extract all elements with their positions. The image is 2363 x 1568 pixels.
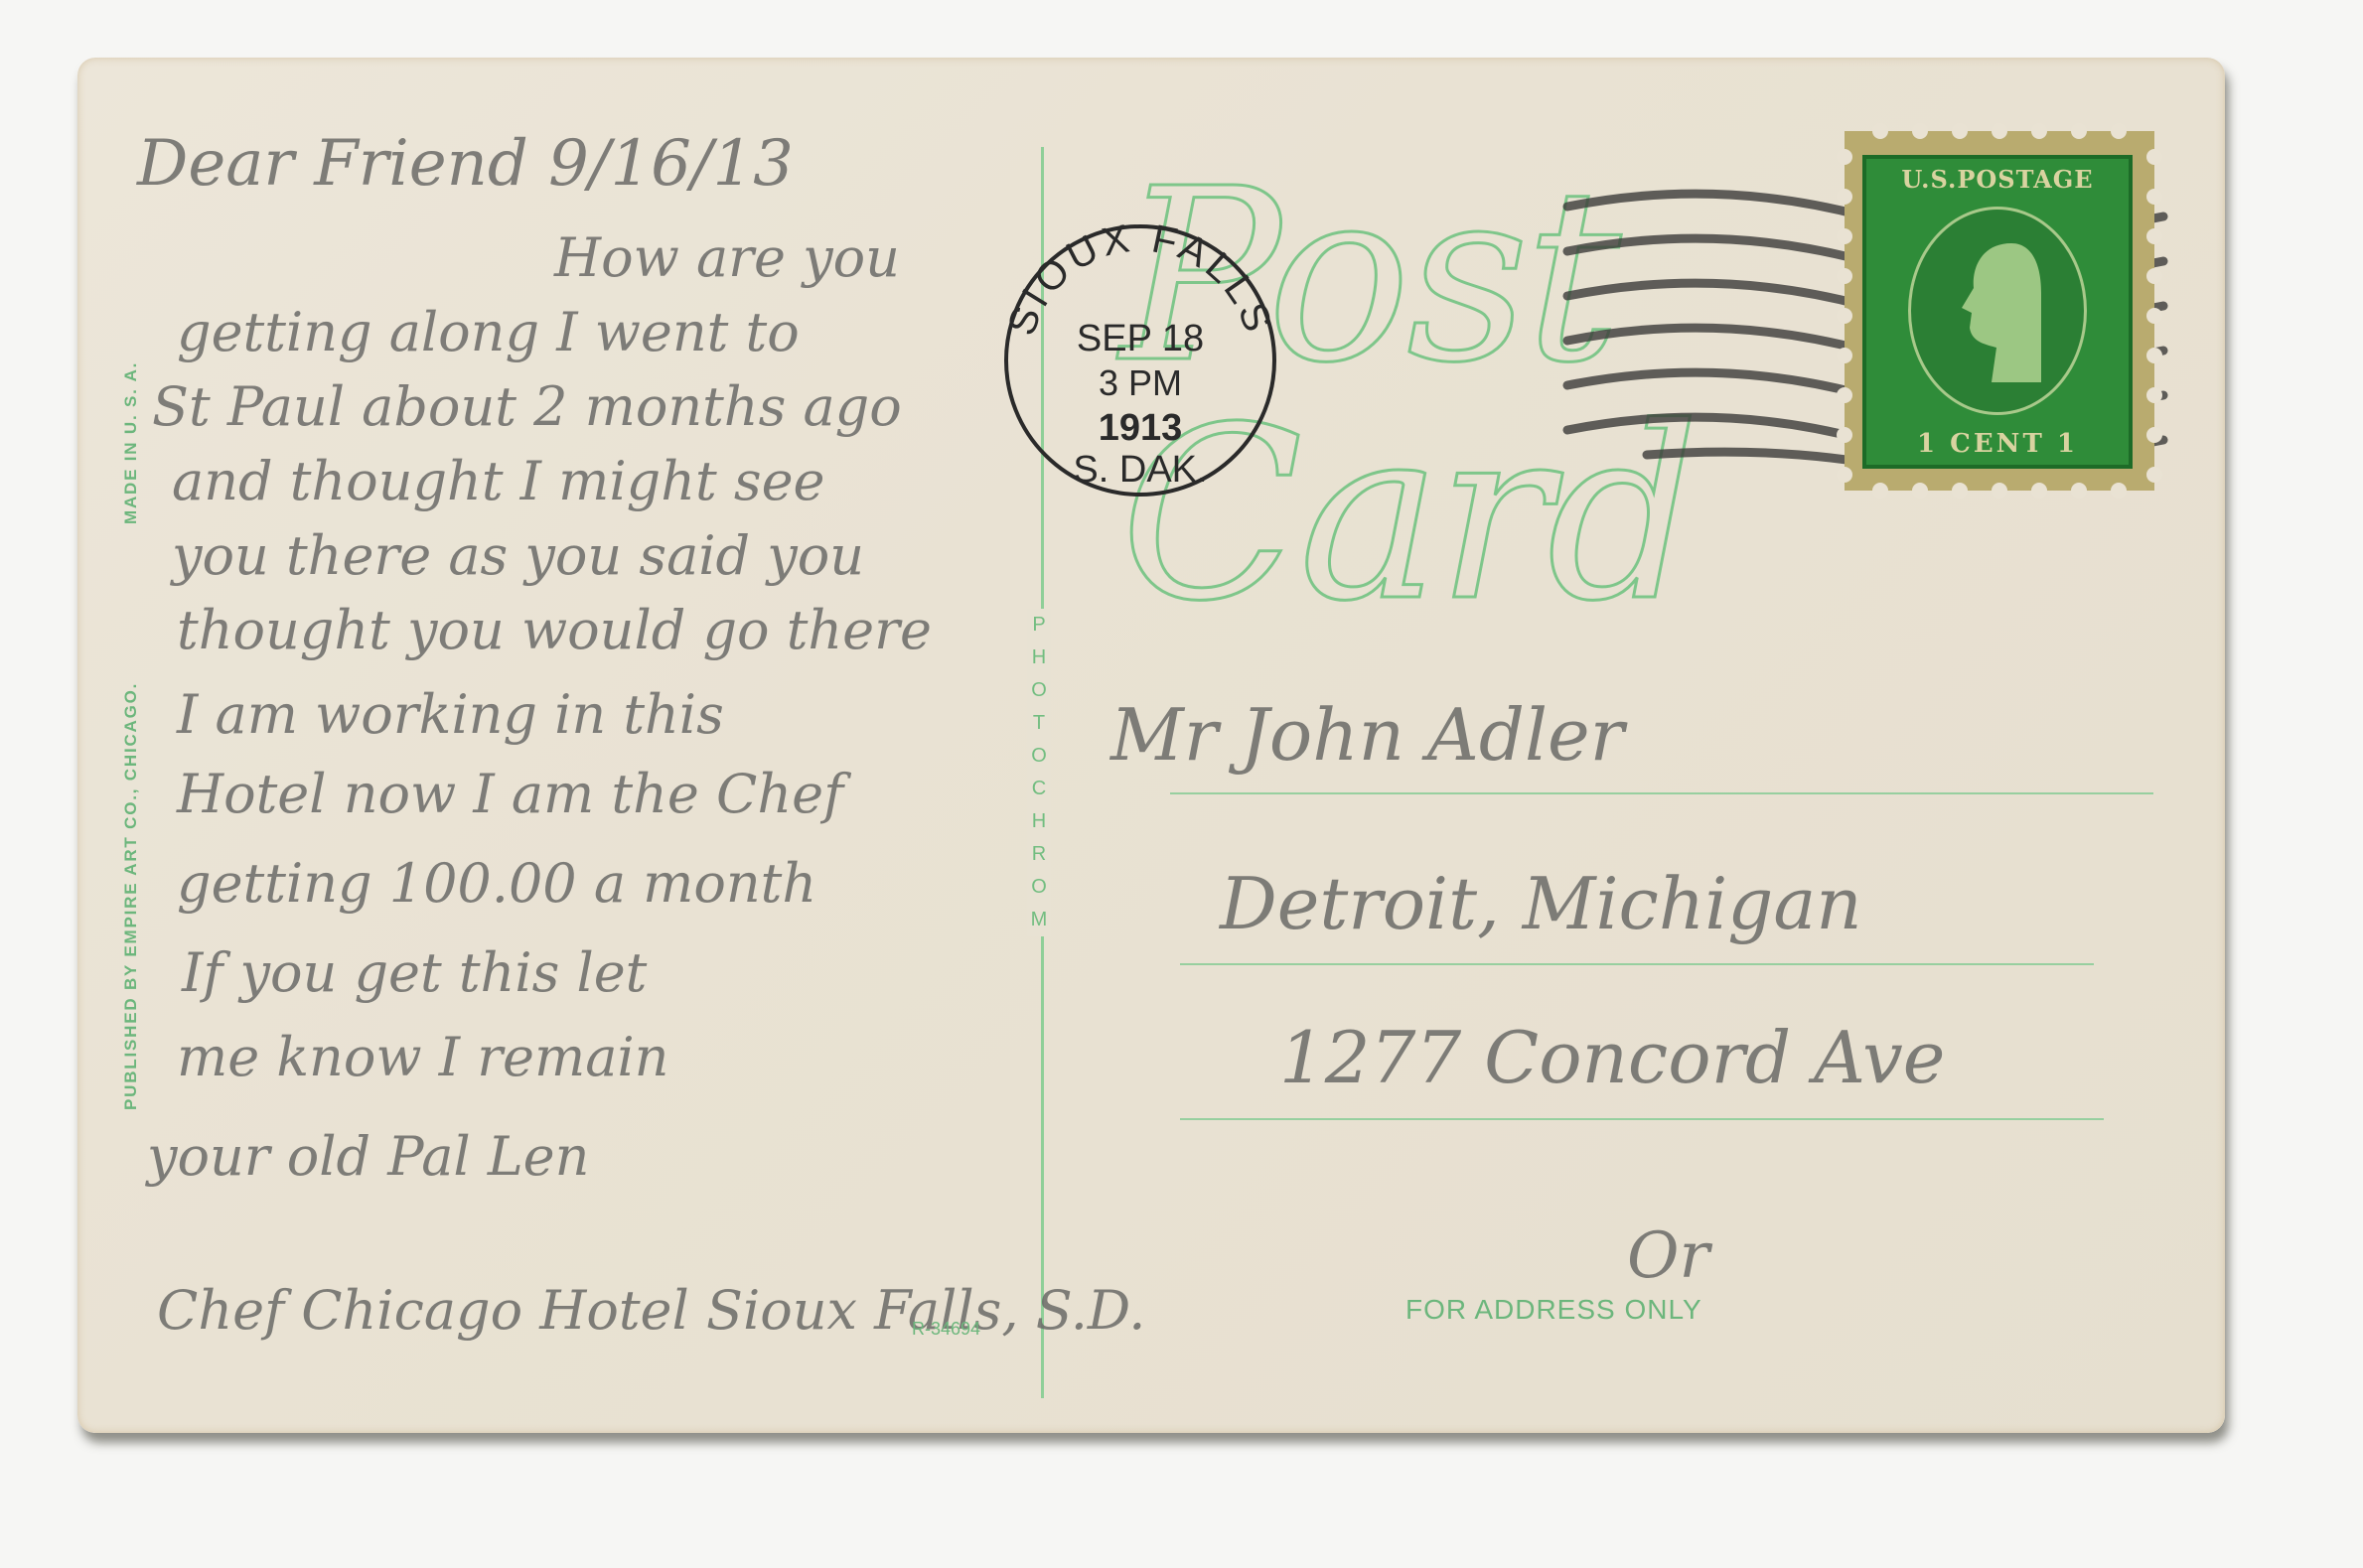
message-line: and thought I might see (172, 450, 825, 512)
svg-text:S. DAK.: S. DAK. (1073, 449, 1207, 491)
message-line: If you get this let (182, 941, 647, 1004)
message-line: Chef Chicago Hotel Sioux Falls, S.D. (157, 1279, 1145, 1342)
postcard: PUBLISHED BY EMPIRE ART CO., CHICAGO. MA… (77, 58, 2225, 1433)
svg-text:1913: 1913 (1099, 407, 1183, 449)
address-rule (1180, 1118, 2104, 1120)
photochrom-text: PHOTOCHROM (1031, 614, 1048, 930)
message-line: St Paul about 2 months ago (152, 375, 902, 438)
message-line: thought you would go there (177, 599, 932, 661)
svg-text:SEP 18: SEP 18 (1077, 318, 1204, 359)
for-address-only-caption: FOR ADDRESS ONLY (1405, 1294, 1702, 1326)
postage-stamp: U.S.POSTAGE 1 CENT 1 (1831, 117, 2168, 504)
stamp-frame: U.S.POSTAGE 1 CENT 1 (1862, 155, 2133, 469)
address-rule (1170, 792, 2153, 794)
message-line: How are you (554, 226, 900, 289)
message-line: getting along I went to (177, 301, 800, 363)
publisher-line: PUBLISHED BY EMPIRE ART CO., CHICAGO. (121, 682, 141, 1110)
message-line: I am working in this (177, 683, 724, 746)
message-line: Hotel now I am the Chef (177, 763, 843, 825)
postmark: SIOUX FALLS SEP 18 3 PM 1913 S. DAK. (991, 212, 1289, 509)
made-in-line: MADE IN U. S. A. (121, 361, 141, 524)
svg-text:3 PM: 3 PM (1099, 362, 1182, 403)
address-notation: Or (1627, 1219, 1709, 1293)
message-line: getting 100.00 a month (177, 852, 816, 915)
message-line: your old Pal Len (147, 1125, 589, 1188)
stamp-top-text: U.S.POSTAGE (1866, 165, 2129, 194)
washington-portrait-icon (1942, 233, 2051, 392)
message-line: you there as you said you (172, 524, 864, 587)
serial-number: R-34694 (912, 1319, 980, 1340)
photochrom-label: PHOTOCHROM (1027, 609, 1051, 936)
message-line: Dear Friend 9/16/13 (137, 127, 794, 201)
address-rule (1180, 963, 2094, 965)
address-line: Mr John Adler (1110, 693, 1624, 777)
stamp-bottom-text: 1 CENT 1 (1866, 429, 2129, 459)
message-line: me know I remain (177, 1026, 668, 1088)
address-line: 1277 Concord Ave (1279, 1016, 1945, 1099)
address-line: Detroit, Michigan (1220, 862, 1862, 945)
